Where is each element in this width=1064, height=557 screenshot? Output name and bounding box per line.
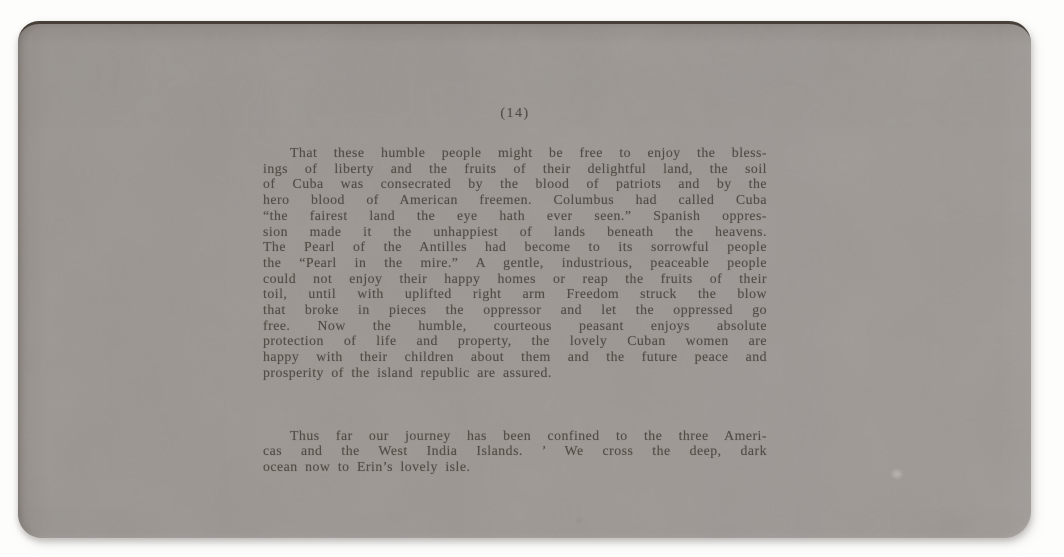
text-line: prosperity of the island republic are as…: [263, 365, 767, 381]
text-line: cas and the West India Islands. ’ We cro…: [263, 443, 767, 459]
paragraph-journey: Thus far our journey has been confined t…: [263, 428, 767, 475]
text-line: that broke in pieces the oppressor and l…: [263, 302, 767, 318]
text-block: That these humble people might be free t…: [263, 145, 767, 475]
text-line: That these humble people might be free t…: [263, 145, 767, 161]
text-line: The Pearl of the Antilles had become to …: [263, 239, 767, 255]
text-line: sion made it the unhappiest of lands ben…: [263, 224, 767, 240]
text-line: Thus far our journey has been confined t…: [263, 428, 767, 444]
text-line: ocean now to Erin’s lovely isle.: [263, 459, 767, 475]
text-line: of Cuba was consecrated by the blood of …: [263, 176, 767, 192]
photo-background: (14) That these humble people might be f…: [0, 0, 1064, 557]
text-line: could not enjoy their happy homes or rea…: [263, 271, 767, 287]
text-line: free. Now the humble, courteous peasant …: [263, 318, 767, 334]
text-line: “the fairest land the eye hath ever seen…: [263, 208, 767, 224]
text-line: happy with their children about them and…: [263, 349, 767, 365]
stereoview-card-back: (14) That these humble people might be f…: [18, 21, 1031, 538]
text-line: hero blood of American freemen. Columbus…: [263, 192, 767, 208]
text-line: protection of life and property, the lov…: [263, 333, 767, 349]
text-line: the “Pearl in the mire.” A gentle, indus…: [263, 255, 767, 271]
text-line: ings of liberty and the fruits of their …: [263, 161, 767, 177]
paragraph-cuba: That these humble people might be free t…: [263, 145, 767, 381]
page-number: (14): [263, 106, 767, 122]
paper-blemish: [574, 516, 584, 525]
text-line: toil, until with uplifted right arm Free…: [263, 286, 767, 302]
paper-blemish: [890, 468, 904, 480]
